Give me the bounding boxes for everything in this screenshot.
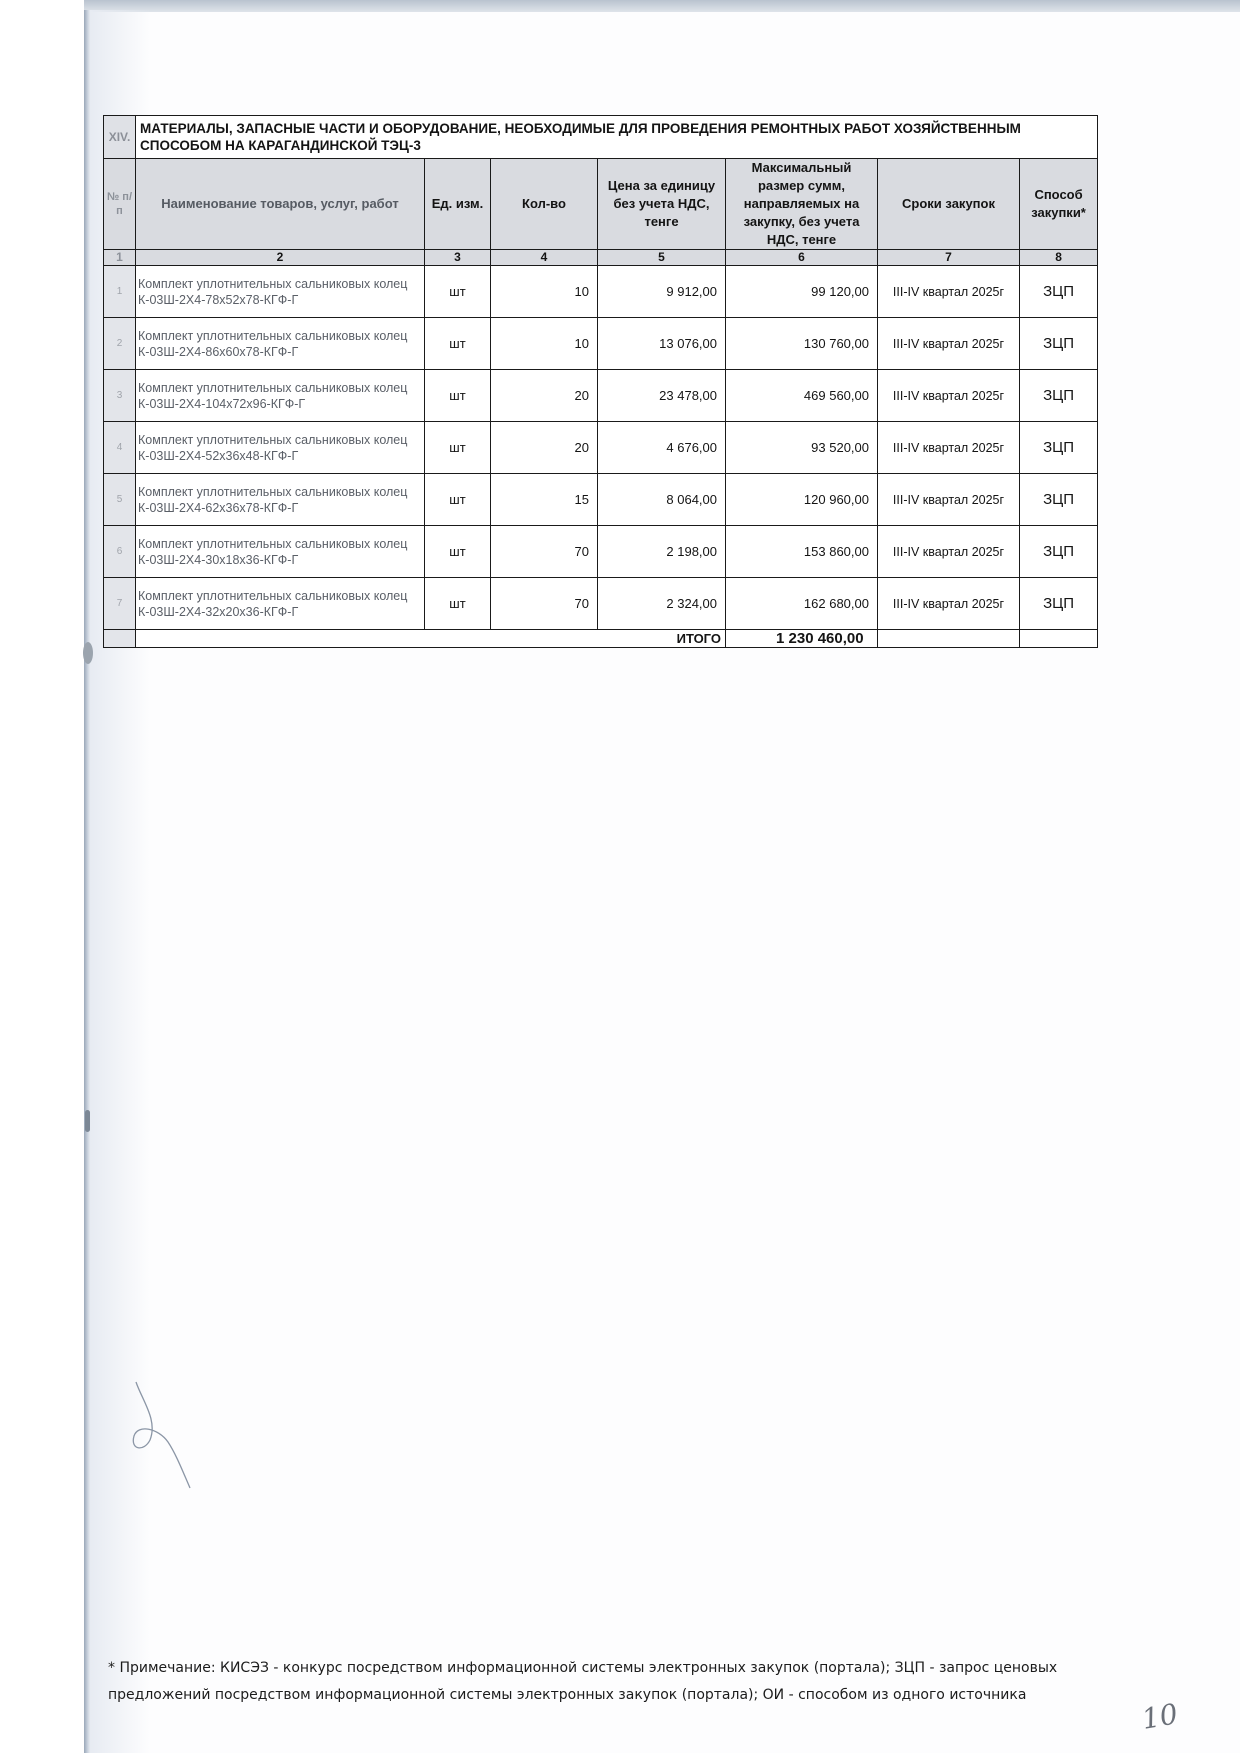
item-method: ЗЦП bbox=[1020, 318, 1098, 370]
item-unit: шт bbox=[425, 578, 491, 630]
row-index: 3 bbox=[104, 370, 136, 422]
item-qty: 20 bbox=[491, 370, 598, 422]
item-price: 2 324,00 bbox=[598, 578, 726, 630]
item-sum: 93 520,00 bbox=[726, 422, 878, 474]
item-qty: 20 bbox=[491, 422, 598, 474]
item-sum: 162 680,00 bbox=[726, 578, 878, 630]
col-header-price: Цена за единицу без учета НДС, тенге bbox=[598, 159, 726, 250]
col-header-term: Сроки закупок bbox=[878, 159, 1020, 250]
item-price: 4 676,00 bbox=[598, 422, 726, 474]
page-number: 10 bbox=[1139, 1697, 1180, 1736]
row-index: 7 bbox=[104, 578, 136, 630]
item-qty: 70 bbox=[491, 526, 598, 578]
total-label: ИТОГО bbox=[136, 630, 726, 648]
item-unit: шт bbox=[425, 422, 491, 474]
item-price: 2 198,00 bbox=[598, 526, 726, 578]
item-sum: 99 120,00 bbox=[726, 266, 878, 318]
col-header-sum: Максимальный размер сумм, направляемых н… bbox=[726, 159, 878, 250]
col-num: 6 bbox=[726, 250, 878, 266]
col-num: 8 bbox=[1020, 250, 1098, 266]
section-title-row: XIV. МАТЕРИАЛЫ, ЗАПАСНЫЕ ЧАСТИ И ОБОРУДО… bbox=[104, 116, 1098, 159]
item-name: Комплект уплотнительных сальниковых коле… bbox=[136, 370, 425, 422]
procurement-table: XIV. МАТЕРИАЛЫ, ЗАПАСНЫЕ ЧАСТИ И ОБОРУДО… bbox=[103, 115, 1098, 648]
item-name: Комплект уплотнительных сальниковых коле… bbox=[136, 578, 425, 630]
handwritten-signature bbox=[128, 1380, 218, 1490]
item-term: III-IV квартал 2025г bbox=[878, 422, 1020, 474]
item-price: 9 912,00 bbox=[598, 266, 726, 318]
column-number-row: 1 2 3 4 5 6 7 8 bbox=[104, 250, 1098, 266]
item-method: ЗЦП bbox=[1020, 526, 1098, 578]
item-term: III-IV квартал 2025г bbox=[878, 578, 1020, 630]
col-header-qty: Кол-во bbox=[491, 159, 598, 250]
item-name: Комплект уплотнительных сальниковых коле… bbox=[136, 422, 425, 474]
table-row: 3 Комплект уплотнительных сальниковых ко… bbox=[104, 370, 1098, 422]
section-number: XIV. bbox=[104, 116, 136, 159]
item-name: Комплект уплотнительных сальниковых коле… bbox=[136, 318, 425, 370]
item-name: Комплект уплотнительных сальниковых коле… bbox=[136, 266, 425, 318]
item-unit: шт bbox=[425, 370, 491, 422]
table-row: 4 Комплект уплотнительных сальниковых ко… bbox=[104, 422, 1098, 474]
table-row: 2 Комплект уплотнительных сальниковых ко… bbox=[104, 318, 1098, 370]
item-price: 23 478,00 bbox=[598, 370, 726, 422]
col-header-method: Способ закупки* bbox=[1020, 159, 1098, 250]
total-value: 1 230 460,00 bbox=[726, 630, 878, 648]
item-price: 8 064,00 bbox=[598, 474, 726, 526]
scan-top-edge bbox=[0, 0, 1240, 12]
punch-hole bbox=[83, 642, 93, 664]
item-sum: 469 560,00 bbox=[726, 370, 878, 422]
col-header-name: Наименование товаров, услуг, работ bbox=[136, 159, 425, 250]
item-sum: 120 960,00 bbox=[726, 474, 878, 526]
table-row: 7 Комплект уплотнительных сальниковых ко… bbox=[104, 578, 1098, 630]
item-method: ЗЦП bbox=[1020, 370, 1098, 422]
col-num: 1 bbox=[104, 250, 136, 266]
item-method: ЗЦП bbox=[1020, 474, 1098, 526]
item-method: ЗЦП bbox=[1020, 266, 1098, 318]
item-term: III-IV квартал 2025г bbox=[878, 474, 1020, 526]
col-header-index: № п/п bbox=[104, 159, 136, 250]
item-method: ЗЦП bbox=[1020, 422, 1098, 474]
item-qty: 70 bbox=[491, 578, 598, 630]
item-name: Комплект уплотнительных сальниковых коле… bbox=[136, 526, 425, 578]
item-term: III-IV квартал 2025г bbox=[878, 370, 1020, 422]
item-name: Комплект уплотнительных сальниковых коле… bbox=[136, 474, 425, 526]
col-num: 2 bbox=[136, 250, 425, 266]
item-qty: 15 bbox=[491, 474, 598, 526]
item-unit: шт bbox=[425, 526, 491, 578]
row-index: 2 bbox=[104, 318, 136, 370]
scan-left-margin bbox=[0, 0, 84, 1753]
item-term: III-IV квартал 2025г bbox=[878, 526, 1020, 578]
footnote: * Примечание: КИСЭЗ - конкурс посредство… bbox=[108, 1655, 1068, 1709]
item-unit: шт bbox=[425, 474, 491, 526]
item-sum: 153 860,00 bbox=[726, 526, 878, 578]
total-row: ИТОГО 1 230 460,00 bbox=[104, 630, 1098, 648]
item-qty: 10 bbox=[491, 266, 598, 318]
item-term: III-IV квартал 2025г bbox=[878, 266, 1020, 318]
item-method: ЗЦП bbox=[1020, 578, 1098, 630]
row-index: 5 bbox=[104, 474, 136, 526]
item-unit: шт bbox=[425, 266, 491, 318]
table-row: 1 Комплект уплотнительных сальниковых ко… bbox=[104, 266, 1098, 318]
col-num: 3 bbox=[425, 250, 491, 266]
col-num: 4 bbox=[491, 250, 598, 266]
row-index: 6 bbox=[104, 526, 136, 578]
table-row: 5 Комплект уплотнительных сальниковых ко… bbox=[104, 474, 1098, 526]
item-sum: 130 760,00 bbox=[726, 318, 878, 370]
table-row: 6 Комплект уплотнительных сальниковых ко… bbox=[104, 526, 1098, 578]
item-unit: шт bbox=[425, 318, 491, 370]
col-num: 5 bbox=[598, 250, 726, 266]
col-header-unit: Ед. изм. bbox=[425, 159, 491, 250]
column-header-row: № п/п Наименование товаров, услуг, работ… bbox=[104, 159, 1098, 250]
row-index: 4 bbox=[104, 422, 136, 474]
section-title: МАТЕРИАЛЫ, ЗАПАСНЫЕ ЧАСТИ И ОБОРУДОВАНИЕ… bbox=[136, 116, 1098, 159]
col-num: 7 bbox=[878, 250, 1020, 266]
item-qty: 10 bbox=[491, 318, 598, 370]
item-term: III-IV квартал 2025г bbox=[878, 318, 1020, 370]
item-price: 13 076,00 bbox=[598, 318, 726, 370]
binding-mark bbox=[85, 1110, 90, 1132]
row-index: 1 bbox=[104, 266, 136, 318]
